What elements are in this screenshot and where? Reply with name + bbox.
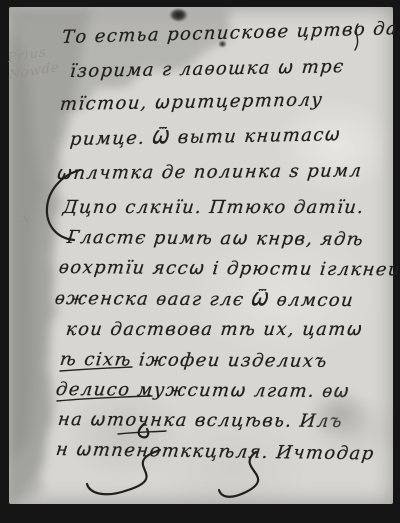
manuscript-photo: Prius Nowde × То естьа роспискове цртво …: [0, 0, 400, 523]
manuscript-text: То естьа роспискове цртво дал їзорима г …: [0, 0, 400, 523]
manuscript-line-12: делисо мужситѡ лгат. ѳѡ: [55, 379, 351, 402]
manuscript-line-14: н ѡтпенотккцѣля. Ичтодар: [55, 439, 376, 464]
manuscript-line-8: ѳохртїи яссѡ і дрюсти іглкнеи: [58, 257, 400, 280]
manuscript-line-1: То естьа роспискове цртво дал: [61, 18, 400, 48]
manuscript-line-11: ѣ сіхѣ іжофеи изделихъ: [59, 349, 329, 372]
manuscript-line-13: на ѡточнка вслцѣвь. Илъ: [57, 409, 344, 432]
manuscript-line-7: Гластє римѣ аѡ кнрв, ядѣ: [66, 227, 365, 250]
manuscript-line-10: кои даствова тѣ их, цатѡ: [65, 319, 365, 340]
manuscript-line-3: тїстои, ѡритцертполу: [59, 89, 324, 115]
manuscript-line-4: римце. Ѿ выти книтасѡ: [69, 124, 342, 150]
manuscript-line-5: ѡплчтка де полинка ѕ римл: [56, 160, 363, 184]
ink-blotch: [169, 8, 188, 22]
gray-smudge: [308, 388, 372, 440]
manuscript-line-6: Дцпо слкнїи. Птюко датїи.: [62, 197, 366, 218]
manuscript-line-9: ѳженска ѳааг глє Ѿ ѳлмсои: [54, 288, 355, 311]
manuscript-line-2: їзорима г лаѳошка ѡ трє: [69, 56, 345, 82]
ink-dot: [218, 40, 227, 48]
